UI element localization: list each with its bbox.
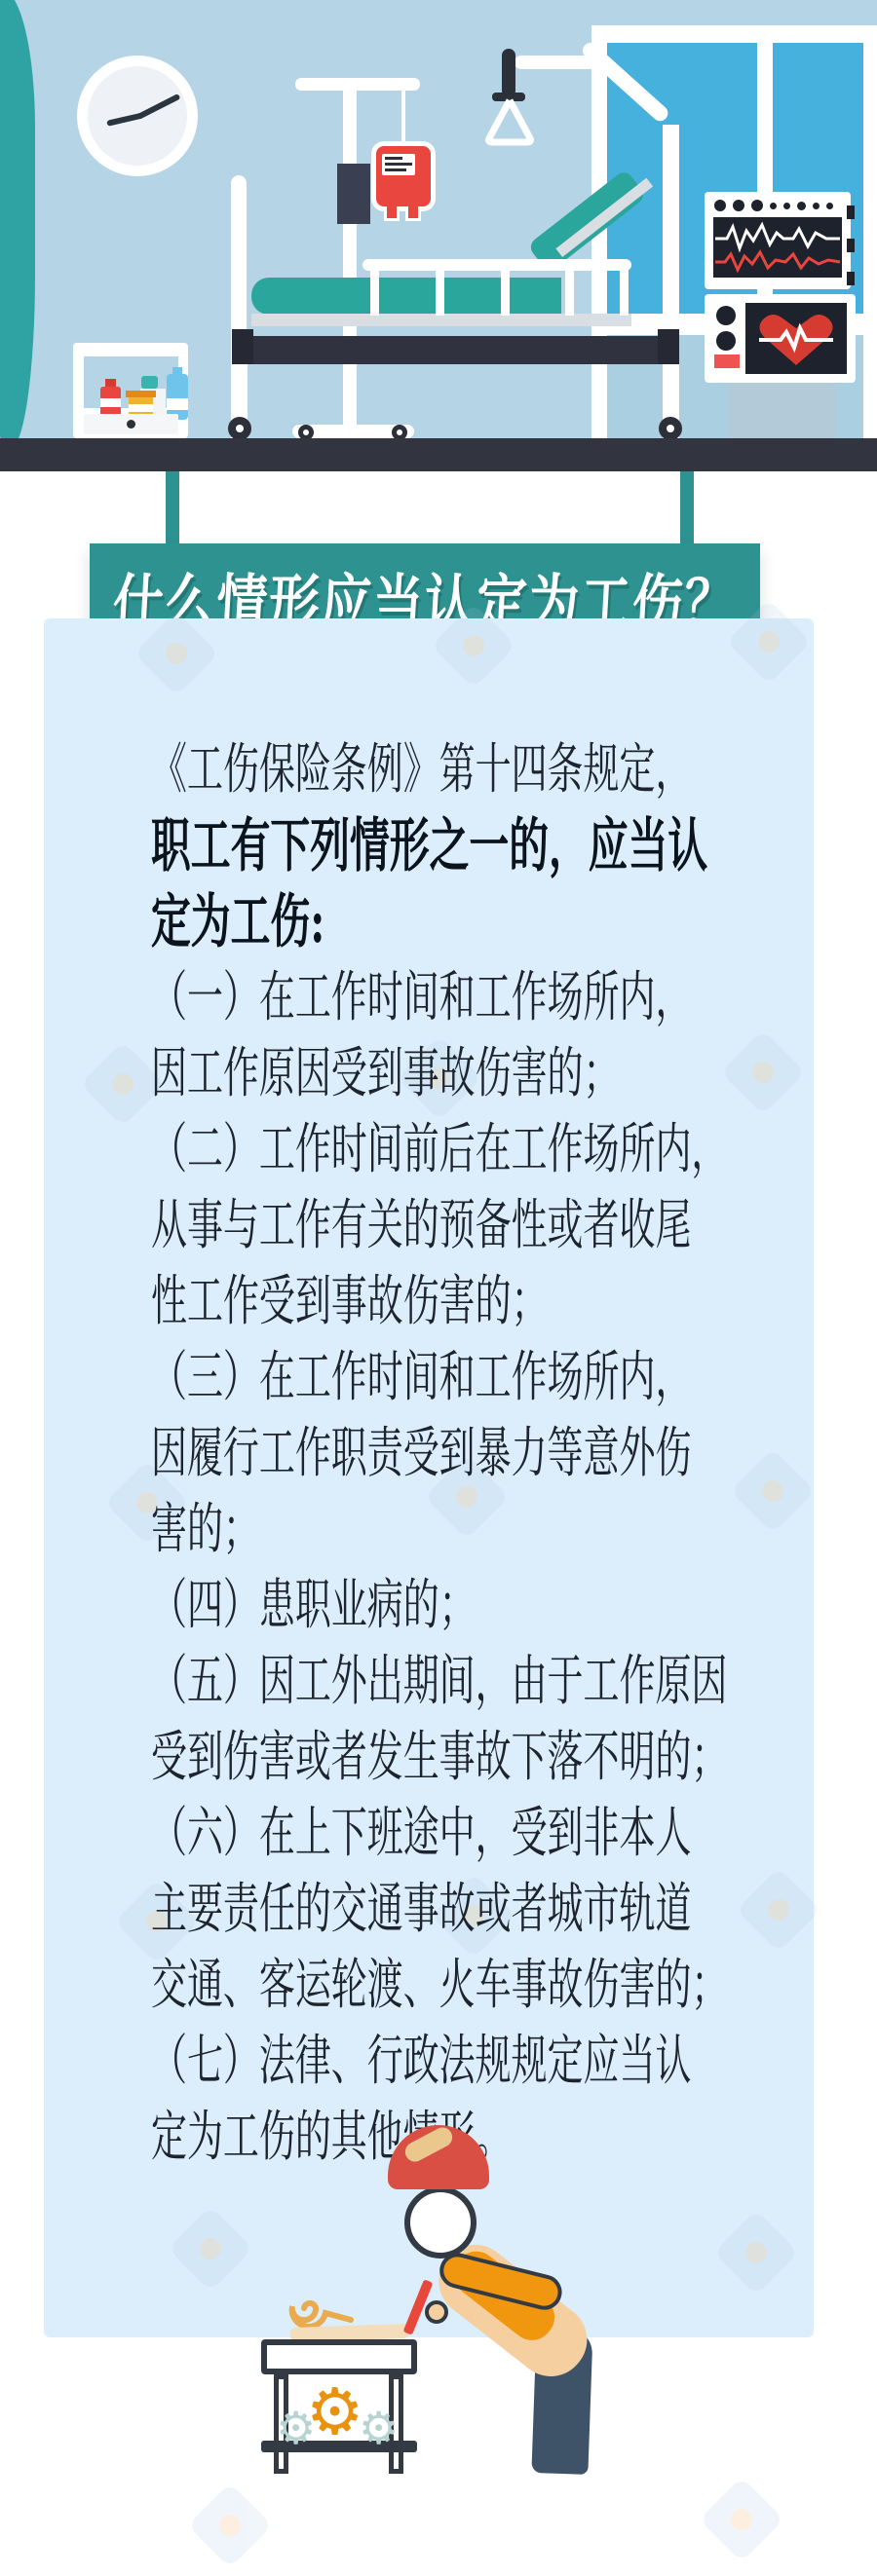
item-line: 受到伤害或者发生事故下落不明的；	[151, 1720, 562, 1796]
rail-support	[436, 269, 444, 316]
item-line: （四）患职业病的；	[151, 1568, 562, 1644]
blood-bag-label	[382, 154, 415, 175]
bedside-cabinet	[73, 343, 188, 438]
ecg-screen	[713, 217, 842, 278]
curtain-shape	[0, 0, 35, 448]
blood-bag-port	[384, 206, 400, 221]
bed-mattress	[251, 278, 561, 315]
rail-support	[565, 269, 574, 316]
item-line: 主要责任的交通事故或者城市轨道	[151, 1872, 562, 1948]
heart-monitor	[705, 294, 856, 383]
bed-caster-wheel	[659, 417, 682, 440]
item-line: 性工作受到事故伤害的；	[151, 1264, 562, 1340]
blood-bag-port	[405, 206, 421, 221]
trapeze-handle-icon	[479, 97, 540, 146]
monitor-stand	[729, 383, 836, 438]
monitor-knob	[716, 331, 736, 351]
monitor-tab	[847, 239, 855, 252]
window-frame-right	[863, 25, 877, 438]
rail-support	[370, 269, 379, 316]
floor-bar	[0, 438, 877, 471]
worker-head	[404, 2186, 477, 2259]
item-line: 交通、客运轮渡、火车事故伤害的；	[151, 1948, 562, 2024]
monitor-red-button	[714, 355, 740, 368]
cabinet-shelf	[84, 356, 178, 408]
blood-bag-icon	[376, 146, 431, 206]
window-frame-top	[591, 25, 877, 43]
item-line: （七）法律、行政法规规定应当认	[151, 2024, 562, 2100]
monitor-tab	[847, 205, 855, 219]
iv-cord	[401, 90, 405, 148]
regulation-text: 《工伤保险条例》第十四条规定， 职工有下列情形之一的，应当认 定为工伤: （一）…	[151, 732, 775, 2176]
rail-support	[501, 269, 510, 316]
workbench-top	[261, 2339, 417, 2374]
monitor-buttons	[714, 199, 843, 212]
wall-clock-icon	[77, 56, 198, 176]
watermark-icon	[699, 2477, 784, 2562]
monitor-tab	[847, 272, 855, 285]
trapeze-rod	[502, 49, 515, 97]
item-line: （六）在上下班途中，受到非本人	[151, 1796, 562, 1872]
bed-frame-cap	[658, 329, 679, 364]
item-line: （三）在工作时间和工作场所内，	[151, 1340, 562, 1416]
emphasis-line: 定为工伤:	[151, 884, 575, 960]
bed-side-rail	[362, 259, 631, 271]
item-line: （二）工作时间前后在工作场所内，	[151, 1112, 562, 1188]
gear-icon: ⚙	[276, 2406, 316, 2450]
ecg-monitor	[705, 192, 851, 289]
item-line: （一）在工作时间和工作场所内，	[151, 960, 562, 1036]
medicine-bottle-blue	[167, 374, 188, 420]
iv-stand-pole	[343, 82, 357, 438]
watermark-icon	[187, 2483, 273, 2568]
overhead-boom	[515, 56, 596, 69]
hospital-room-illustration	[0, 0, 877, 471]
item-line: 因工作原因受到事故伤害的；	[151, 1036, 562, 1112]
drawer-knob	[127, 420, 135, 429]
monitor-knob	[716, 306, 736, 325]
item-line: 因履行工作职责受到暴力等意外伤	[151, 1416, 562, 1492]
cabinet-drawer	[84, 414, 178, 434]
intro-line: 《工伤保险条例》第十四条规定，	[151, 732, 562, 808]
bed-frame-cap	[232, 329, 253, 364]
medicine-cap-teal	[141, 376, 158, 389]
heart-screen	[745, 303, 847, 374]
work-injury-poster: 什么情形应当认定为工伤？ 《工伤保险条例》第十四条规定， 职工有下列情形之一的，…	[0, 0, 877, 2576]
gear-icon: ⚙	[359, 2406, 399, 2450]
bed-frame-bar	[232, 336, 679, 364]
item-line: 害的；	[151, 1492, 562, 1568]
emphasis-line: 职工有下列情形之一的，应当认	[151, 808, 575, 884]
item-line: 从事与工作有关的预备性或者收尾	[151, 1188, 562, 1264]
worker-hand	[425, 2300, 448, 2324]
iv-pump-box	[337, 164, 370, 224]
bed-caster-wheel	[228, 417, 251, 440]
rail-support	[620, 269, 629, 316]
item-line: （五）因工外出期间，由于工作原因	[151, 1644, 562, 1720]
item-line: 定为工伤的其他情形。	[151, 2100, 562, 2176]
